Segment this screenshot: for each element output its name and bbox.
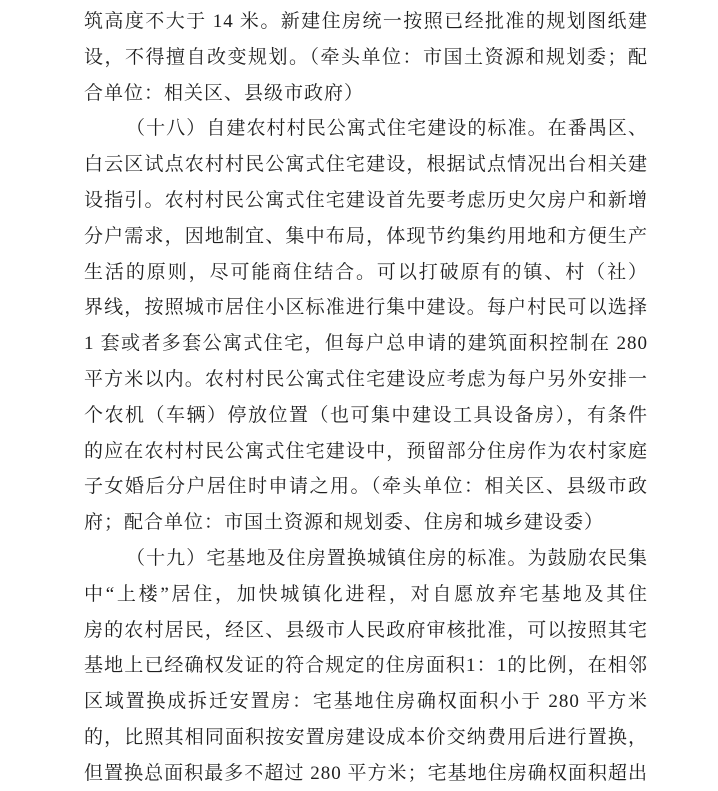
text-line: 房的农村居民，经区、县级市人民政府审核批准，可以按照其宅: [84, 613, 648, 649]
text-line: 区域置换成拆迁安置房：宅基地住房确权面积小于 280 平方米: [84, 684, 648, 720]
text-line: 的，比照其相同面积按安置房建设成本价交纳费用后进行置换，: [84, 720, 648, 756]
text-line: 个农机（车辆）停放位置（也可集中建设工具设备房），有条件: [84, 398, 648, 434]
text-line: 府；配合单位：市国土资源和规划委、住房和城乡建设委）: [84, 505, 648, 541]
text-line: 基地上已经确权发证的符合规定的住房面积1：1的比例，在相邻: [84, 648, 648, 684]
text-line: 的应在农村村民公寓式住宅建设中，预留部分住房作为农村家庭: [84, 434, 648, 470]
text-line: 界线，按照城市居住小区标准进行集中建设。每户村民可以选择: [84, 290, 648, 326]
text-line: 平方米以内。农村村民公寓式住宅建设应考虑为每户另外安排一: [84, 362, 648, 398]
text-line: 子女婚后分户居住时申请之用。（牵头单位：相关区、县级市政: [84, 469, 648, 505]
text-line: 筑高度不大于 14 米。新建住房统一按照已经批准的规划图纸建: [84, 4, 648, 40]
text-line: 但置换总面积最多不超过 280 平方米；宅基地住房确权面积超出: [84, 756, 648, 791]
text-line: 设指引。农村村民公寓式住宅建设首先要考虑历史欠房户和新增: [84, 183, 648, 219]
text-line: 设，不得擅自改变规划。（牵头单位：市国土资源和规划委；配: [84, 40, 648, 76]
text-line: 1 套或者多套公寓式住宅，但每户总申请的建筑面积控制在 280: [84, 326, 648, 362]
text-line: （十八）自建农村村民公寓式住宅建设的标准。在番禺区、: [84, 111, 648, 147]
text-line: 生活的原则，尽可能商住结合。可以打破原有的镇、村（社）: [84, 255, 648, 291]
document-body: 筑高度不大于 14 米。新建住房统一按照已经批准的规划图纸建设，不得擅自改变规划…: [84, 4, 648, 791]
text-line: 分户需求，因地制宜、集中布局，体现节约集约用地和方便生产: [84, 219, 648, 255]
text-line: （十九）宅基地及住房置换城镇住房的标准。为鼓励农民集: [84, 541, 648, 577]
text-line: 白云区试点农村村民公寓式住宅建设，根据试点情况出台相关建: [84, 147, 648, 183]
scanned-document-page: 筑高度不大于 14 米。新建住房统一按照已经批准的规划图纸建设，不得擅自改变规划…: [0, 0, 718, 791]
text-line: 中“上楼”居住，加快城镇化进程，对自愿放弃宅基地及其住: [84, 577, 648, 613]
text-line: 合单位：相关区、县级市政府）: [84, 76, 648, 112]
